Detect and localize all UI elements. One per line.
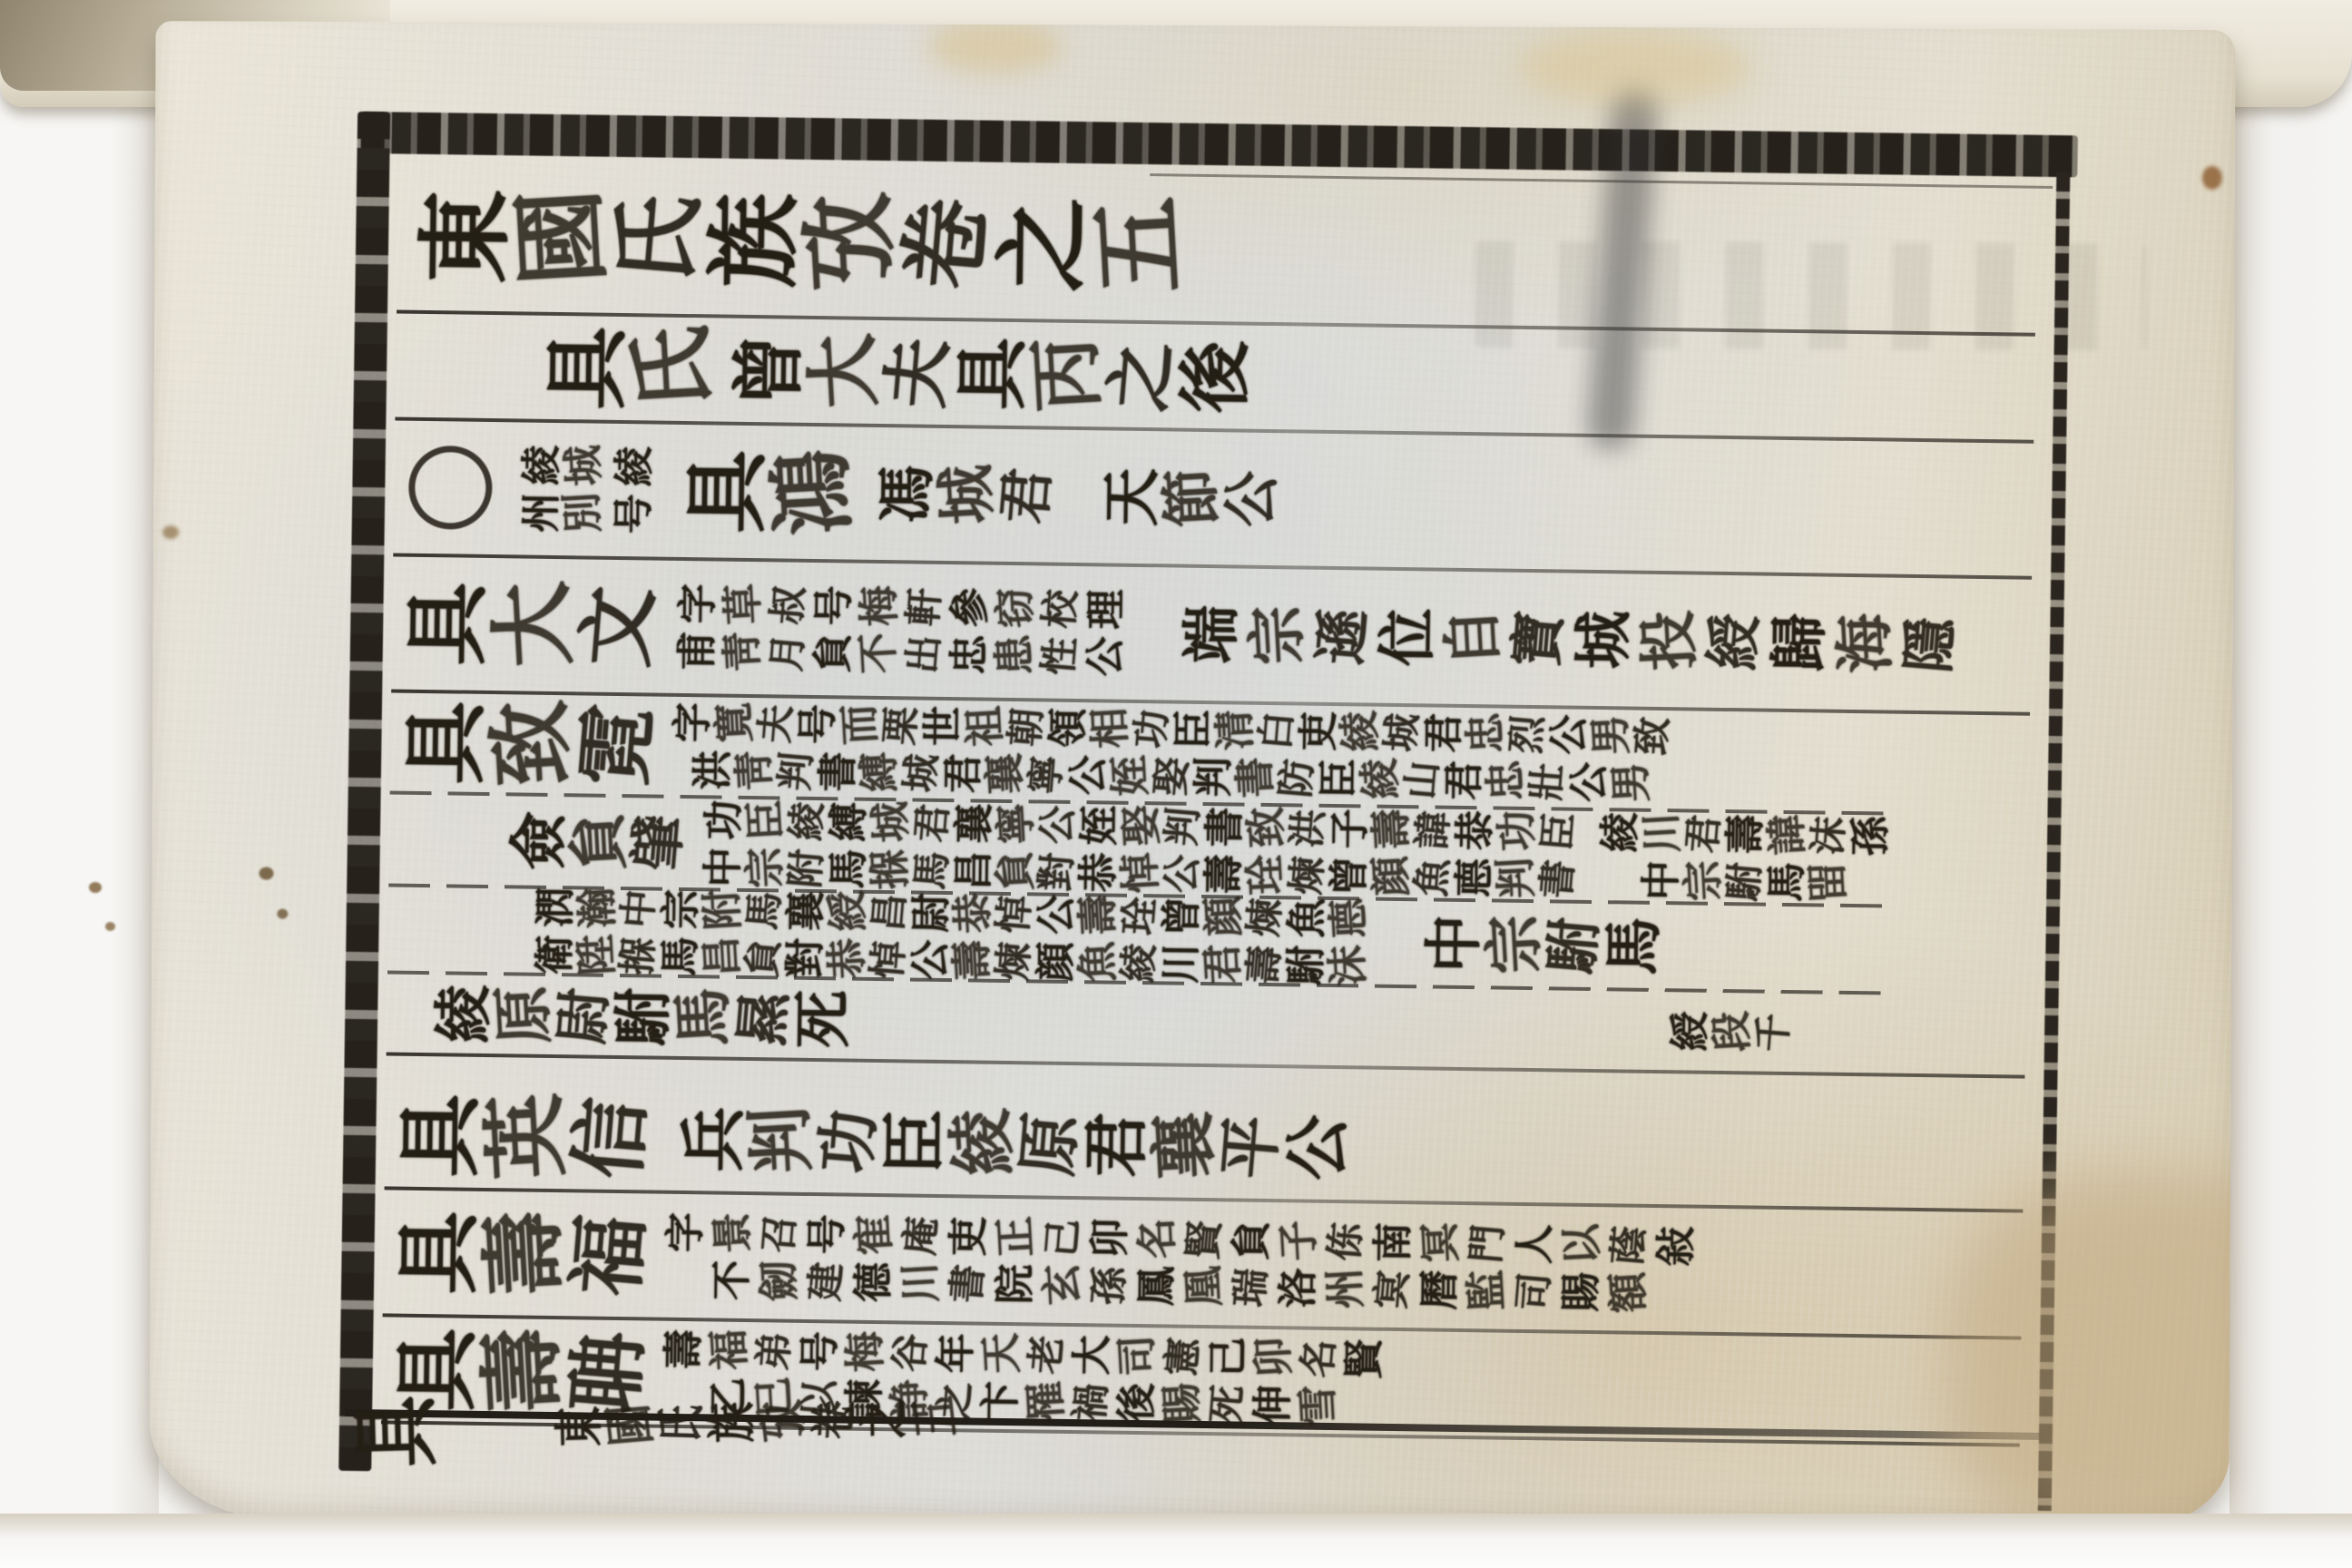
glyph: 老 <box>1022 1334 1063 1376</box>
glyph: 草 <box>718 583 760 625</box>
glyph: 公 <box>1082 636 1122 677</box>
glyph: 城 <box>558 445 601 487</box>
glyph: 南 <box>1369 1222 1410 1263</box>
glyph: 書 <box>943 1263 985 1305</box>
text-run: 具致霓 <box>397 701 654 788</box>
glyph: 五 <box>1080 195 1181 297</box>
glyph: 弟 <box>750 1330 791 1372</box>
text-run: 具壽福 <box>390 1210 647 1298</box>
annotation-line: 字景召号寉庵吏正己卯名賢貟子㑈南冥門人以蔭敍 <box>661 1212 1700 1267</box>
glyph: 福 <box>560 1211 646 1298</box>
glyph: 理 <box>1082 589 1122 630</box>
glyph: 川 <box>896 1261 938 1304</box>
glyph: 男 <box>1605 761 1648 804</box>
glyph: 君 <box>992 465 1052 525</box>
annotation-line: 壽福弟号梅谷年天老大司憲己卯名賢 <box>660 1329 1387 1379</box>
glyph: 馬 <box>1600 916 1659 975</box>
glyph: 号 <box>803 1214 844 1255</box>
glyph: 玄 <box>1036 1263 1079 1306</box>
text-run: 綾原尉駙馬㬎死 <box>430 985 850 1048</box>
table-spot-b <box>105 922 115 931</box>
glyph: 五 <box>904 1395 958 1440</box>
glyph: 靑 <box>717 630 759 672</box>
glyph: 州 <box>1319 1268 1362 1310</box>
text-rows: 東國氏族攷卷之五具氏曾大夫具丙之後綾城州別綾号具鴻馮城君天節公具大文字草叔号梅軒… <box>388 160 2044 1445</box>
annotation-line: 綾川君壽諱沫孫 <box>1596 812 1889 856</box>
glyph: 綬 <box>1700 612 1759 671</box>
glyph: 賢 <box>1340 1338 1381 1379</box>
glyph: 谷 <box>886 1332 927 1374</box>
glyph: 禍 <box>1067 1381 1109 1423</box>
book-photo: 東國氏族攷卷之五具氏曾大夫具丙之後綾城州別綾号具鴻馮城君天節公具大文字草叔号梅軒… <box>0 0 2352 1568</box>
glyph: 院 <box>991 1264 1032 1305</box>
text-run: 天節公 <box>1098 467 1279 528</box>
glyph: 自 <box>1437 607 1500 670</box>
text-run: 具氏 <box>539 326 710 412</box>
glyph: 憲 <box>1158 1336 1200 1377</box>
stain-margin-spot <box>162 525 179 539</box>
glyph: 書 <box>1534 858 1575 900</box>
annotation-line: 字草叔号梅軒參窃校理 <box>673 583 1128 630</box>
entry-circle-mark <box>408 446 493 530</box>
glyph: 肈 <box>624 812 684 872</box>
glyph: 德 <box>849 1262 890 1303</box>
glyph: 遜 <box>1308 606 1367 666</box>
glyph: 梅 <box>839 1330 882 1373</box>
glyph: 凰 <box>1178 1265 1220 1308</box>
glyph: 吏 <box>945 1216 985 1257</box>
table-surface-left <box>0 0 159 1568</box>
annotation-line: 中宗駙馬㽞 <box>1637 860 1847 903</box>
glyph: 瑞 <box>1226 1267 1268 1308</box>
glyph: 字 <box>661 1212 702 1253</box>
stain-left-spot-b <box>277 909 288 919</box>
glyph: 致 <box>1628 715 1670 757</box>
glyph: 㽞 <box>1803 861 1846 904</box>
stain-top-speck <box>2202 166 2222 190</box>
glyph: 出 <box>899 633 941 675</box>
cropped-glyph: 具 <box>345 1395 434 1468</box>
table-surface-right <box>2229 0 2352 1568</box>
glyph: 子 <box>1273 1220 1316 1262</box>
stain-mid-yellow <box>926 21 1063 73</box>
glyph: 霓 <box>567 701 653 788</box>
glyph: 宗 <box>1241 604 1304 667</box>
annotation-line: 甫靑月貟不出忠患性公 <box>673 631 1128 677</box>
double-line-annotation: 字寛夫号而栗世祖朝領相功臣清白吏綾城君忠烈公男致洪靑判書縛城君襄寧公姪娶判書防臣… <box>668 702 1671 803</box>
glyph: 鴻 <box>761 447 851 537</box>
double-line-annotation: 綾川君壽諱沫孫中宗駙馬㽞 <box>1595 812 1888 903</box>
glyph: 性 <box>1035 635 1077 677</box>
glyph: 正 <box>990 1215 1033 1258</box>
text-run: 曾大夫具丙之後 <box>726 334 1248 414</box>
glyph: 不 <box>708 1259 749 1300</box>
glyph: 人 <box>1511 1224 1552 1265</box>
annotation-line: 洪靑判書縛城君襄寧公姪娶判書防臣綾山君忠壯公男 <box>689 750 1650 803</box>
double-line-annotation: 綾城州別 <box>517 445 602 533</box>
annotation-line: 字寛夫号而栗世祖朝領相功臣清白吏綾城君忠烈公男致 <box>668 702 1671 756</box>
double-line-annotation: 字景召号寉庵吏正己卯名賢貟子㑈南冥門人以蔭敍不劒建德川書院玄孫鳳凰瑞洛州㝠曆監司… <box>661 1212 1700 1314</box>
text-run: 中宗駙馬 <box>1420 914 1661 975</box>
glyph: 蔭 <box>1604 1225 1646 1267</box>
glyph: 綾 <box>610 446 651 487</box>
glyph: 額 <box>1602 1271 1645 1314</box>
book-page: 東國氏族攷卷之五具氏曾大夫具丙之後綾城州別綾号具鴻馮城君天節公具大文字草叔号梅軒… <box>149 21 2235 1529</box>
glyph: 福 <box>703 1328 746 1371</box>
glyph: 海 <box>1829 612 1892 675</box>
glyph: 以 <box>1556 1223 1599 1266</box>
glyph: 孫 <box>1084 1265 1126 1307</box>
glyph: 不 <box>853 632 896 674</box>
glyph: 洛 <box>1274 1268 1315 1308</box>
text-run: 兵判功臣綾原君襄平公 <box>675 1106 1347 1181</box>
annotation-line: 功臣綾縛城君襄寧公姪娶判書致洪子壽諱㳟功臣 <box>700 799 1577 851</box>
text-run: 綬段千 <box>1666 1011 1792 1053</box>
double-line-annotation: 功臣綾縛城君襄寧公姪娶判書致洪子壽諱㳟功臣中宗附馬㨐馬昌貟對恭悼公壽㻇煉曾顔魚㥁… <box>699 799 1576 898</box>
glyph: 召 <box>755 1213 797 1255</box>
glyph: 劒 <box>754 1259 797 1302</box>
glyph: 公 <box>1279 1114 1346 1181</box>
glyph: 貟 <box>1228 1220 1269 1260</box>
glyph: 門 <box>1463 1223 1504 1265</box>
glyph: 投 <box>1633 610 1696 672</box>
glyph: 㝠 <box>1367 1269 1409 1310</box>
glyph: 死 <box>789 990 848 1049</box>
glyph: 庵 <box>897 1215 938 1257</box>
annotation-line: 㴸瀚中宗附馬襄綬昌尉㳟悼公壽㻇曾顔煉魚㥁 <box>532 887 1367 939</box>
glyph: 罹 <box>1021 1380 1063 1423</box>
glyph: 己 <box>1038 1217 1080 1259</box>
glyph: 校 <box>1036 588 1078 630</box>
glyph: 名 <box>1132 1218 1174 1260</box>
stain-left-spot-a <box>259 867 273 880</box>
glyph: 寉 <box>848 1213 891 1256</box>
glyph: 賢 <box>1180 1219 1221 1260</box>
glyph: 死 <box>1203 1384 1245 1426</box>
text-run: 具大文 <box>399 582 656 669</box>
glyph: 㥁 <box>1323 897 1366 940</box>
entry-gu-daemun: 具大文字草叔号梅軒參窃校理甫靑月貟不出忠患性公端宗遜位自寶城投綬歸海隱 <box>398 555 2039 714</box>
text-run: 端宗遜位自寶城投綬歸海隱 <box>1178 605 1963 674</box>
annotation-line: 州別 <box>517 492 602 533</box>
frame-right-border <box>2038 171 2071 1511</box>
glyph: 軒 <box>900 586 942 628</box>
glyph: 賜 <box>1557 1271 1598 1312</box>
show-through-text <box>1475 240 2147 350</box>
text-run: 具鴻 <box>679 449 850 535</box>
glyph: 窃 <box>990 586 1033 629</box>
glyph: 卯 <box>1248 1336 1290 1378</box>
glyph: 号 <box>610 494 651 534</box>
glyph: 患 <box>989 633 1032 676</box>
glyph: 寶 <box>1504 609 1563 669</box>
glyph: 公 <box>1217 468 1277 528</box>
glyph: 卯 <box>1086 1218 1127 1259</box>
glyph: 天 <box>975 1332 1018 1375</box>
text-run: 僉貟肈 <box>505 811 685 872</box>
glyph: 沫 <box>1322 945 1365 987</box>
annotation-line: 不劒建德川書院玄孫鳳凰瑞洛州㝠曆監司賜額 <box>708 1259 1652 1313</box>
glyph: 景 <box>707 1211 750 1254</box>
glyph: 冥 <box>1415 1221 1457 1264</box>
progenitor-entry: 綾城州別綾号具鴻馮城君天節公 <box>400 419 2041 578</box>
double-line-annotation: 綾号 <box>610 446 652 534</box>
glyph: 文 <box>569 583 655 669</box>
page-footer: 具 東國氏族攷卷之五 <box>376 1380 958 1467</box>
footer-title: 東國氏族攷卷之五 <box>550 1396 957 1447</box>
annotation-line: 綾城 <box>517 445 602 485</box>
glyph: 信 <box>562 1094 648 1181</box>
glyph: 司 <box>1509 1270 1551 1312</box>
annotation-line: 号 <box>610 494 652 534</box>
table-spot-a <box>89 882 102 893</box>
glyph: 名 <box>1294 1338 1336 1379</box>
table-surface-bottom <box>0 1514 2352 1568</box>
glyph: 千 <box>1749 1012 1790 1053</box>
glyph: 建 <box>801 1260 843 1302</box>
glyph: 鳳 <box>1132 1266 1173 1307</box>
glyph: 監 <box>1461 1269 1504 1312</box>
text-run: 具英信 <box>392 1093 649 1181</box>
double-line-annotation: 字草叔号梅軒參窃校理甫靑月貟不出忠患性公 <box>673 583 1128 677</box>
glyph: 曆 <box>1416 1269 1456 1310</box>
glyph: 臣 <box>1534 811 1575 853</box>
glyph: 司 <box>1112 1334 1154 1377</box>
annotation-line: 綾 <box>610 446 652 487</box>
glyph: 孫 <box>1847 816 1887 857</box>
entry-gu-subok: 具壽福字景召号寉庵吏正己卯名賢貟子㑈南冥門人以蔭敍不劒建德川書院玄孫鳳凰瑞洛州㝠… <box>390 1189 2031 1338</box>
glyph: 隱 <box>1896 614 1955 674</box>
glyph: 別 <box>557 492 600 534</box>
glyph: 敍 <box>1652 1226 1693 1267</box>
glyph: 月 <box>763 632 805 673</box>
glyph: 氏 <box>622 324 711 414</box>
double-line-annotation: 㴸瀚中宗附馬襄綬昌尉㳟悼公壽㻇曾顔煉魚㥁衛陞㨐馬昌貟對恭悼公壽煉顔魚綾川君壽駙沫 <box>531 887 1367 986</box>
text-run: 東國氏族攷卷之五 <box>409 189 1180 294</box>
glyph: 梅 <box>854 584 897 627</box>
glyph: 雪 <box>1293 1384 1336 1426</box>
glyph: 㑈 <box>1321 1220 1363 1262</box>
glyph: 叔 <box>764 584 806 626</box>
glyph: 後 <box>1172 339 1246 413</box>
glyph: 賜 <box>1157 1382 1200 1425</box>
text-run: 馮城君 <box>873 465 1053 525</box>
